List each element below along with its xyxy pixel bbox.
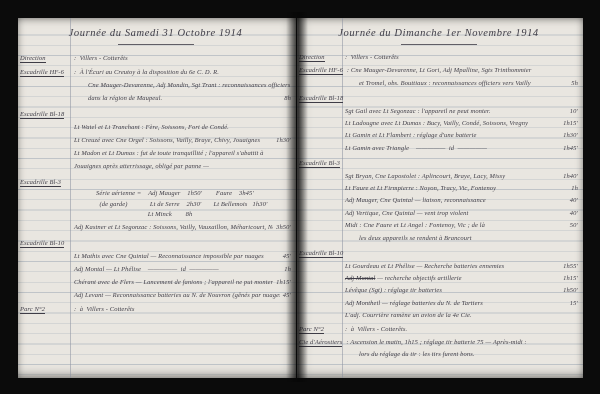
- journal-row: Sgt Gail avec Lt Segonzac : l'appareil n…: [299, 106, 578, 118]
- journal-row: Sgt Bryan, Cne Lapostolet : Aplincourt, …: [299, 171, 578, 183]
- journal-row: (de garde) Lt de Serre 2h30' Lt Bellemoi…: [20, 200, 291, 211]
- flight-duration: 40': [567, 195, 578, 207]
- flight-duration: 1h15': [273, 276, 291, 289]
- flight-duration: 10': [567, 106, 578, 118]
- journal-row: Série aérienne = Adj Mauger 1h50' Faure …: [20, 189, 291, 200]
- struck-text: Adj Montal: [345, 275, 375, 282]
- journal-row: et Tromel, obs. Bouttiaux : reconnaissan…: [299, 78, 578, 90]
- section-label-cell: Escadrille Bl-10: [20, 237, 70, 250]
- flight-duration: 1h15': [560, 118, 578, 130]
- entry-text: : à Villers - Cotterêts: [70, 303, 291, 316]
- section-label: Escadrille Bl-10: [299, 250, 343, 258]
- flight-duration: 1h55': [560, 261, 578, 273]
- scanned-journal: Journée du Samedi 31 Octobre 1914 Direct…: [0, 0, 600, 394]
- section-label: Cie d'Aérostiers: [299, 339, 342, 347]
- entry-text: Lt Gourdeau et Lt Phélise — Recherche ba…: [341, 261, 560, 273]
- journal-row: Escadrille Bl-10: [20, 237, 291, 250]
- entry-text: : Villers - Cotterêts: [341, 52, 578, 64]
- entry-text: : Cne Mauger-Devarenne, Lt Gori, Adj Mpa…: [343, 65, 578, 77]
- section-label-cell: Escadrille HF-6: [20, 66, 70, 79]
- title-block: Journée du Dimanche 1er Novembre 1914: [299, 26, 578, 45]
- section-label-cell: Escadrille Bl-3: [20, 176, 70, 189]
- journal-row: Adj Mauger, Cne Quintal — liaison, recon…: [299, 195, 578, 207]
- entry-text: Lt Watel et Lt Tranchant : Fère, Soisson…: [70, 121, 291, 134]
- flight-duration: 1h40': [560, 171, 578, 183]
- entry-text: Lévêque (Sgt) : réglage tir batteries: [341, 285, 560, 297]
- entry-text: Lt Minck 8h: [70, 210, 291, 221]
- title-block: Journée du Samedi 31 Octobre 1914: [20, 26, 291, 45]
- title-underline: [118, 44, 194, 45]
- flight-duration: 8h: [281, 92, 291, 105]
- journal-row: Cne Mauger-Devarenne, Adj Mondin, Sgt Tr…: [20, 79, 291, 92]
- section-label-cell: Cie d'Aérostiers: [299, 337, 342, 349]
- section-label-cell: Parc N°2: [20, 303, 70, 316]
- journal-row: Lt Madon et Lt Dumas : fut de toute tran…: [20, 147, 291, 160]
- page-content: Journée du Dimanche 1er Novembre 1914 Di…: [299, 26, 578, 376]
- journal-row: Escadrille Bl-3: [20, 176, 291, 189]
- entry-text: les deux appareils se rendent à Brancour…: [341, 233, 578, 245]
- section-label-cell: Direction: [299, 52, 341, 64]
- entry-text: Lt Ladougne avec Lt Dumas : Bucy, Vailly…: [341, 118, 560, 130]
- section-label: Escadrille Bl-18: [20, 111, 64, 119]
- title-underline: [401, 44, 477, 45]
- entry-text: Adj Montal — Lt Phélise ————— id —————: [70, 263, 281, 276]
- section-label: Parc N°2: [20, 306, 45, 314]
- journal-row: Lt Ladougne avec Lt Dumas : Bucy, Vailly…: [299, 118, 578, 130]
- entry-text: Lt Faure et Lt Firmpierre : Noyon, Tracy…: [341, 183, 568, 195]
- journal-row: dans la région de Maupeul.8h: [20, 92, 291, 105]
- entry-text: Lt Mathis avec Cne Quintal — Reconnaissa…: [70, 250, 280, 263]
- journal-row: Escadrille Bl-18: [299, 93, 578, 105]
- journal-row: Lt Minck 8h: [20, 210, 291, 221]
- entry-text: Adj Levant — Reconnaissance batteries au…: [70, 289, 280, 302]
- journal-row: Lévêque (Sgt) : réglage tir batteries1h5…: [299, 285, 578, 297]
- flight-duration: 15': [567, 298, 578, 310]
- entry-text: : À l'Écuri au Creutoy à la disposition …: [70, 66, 291, 79]
- entry-text: Série aérienne = Adj Mauger 1h50' Faure …: [70, 189, 291, 200]
- entry-text: Lt Creuzé avec Cne Orgel : Soissons, Vai…: [70, 134, 273, 147]
- entry-text: : Villers - Cotterêts: [70, 52, 291, 65]
- journal-row: Escadrille Bl-3: [299, 158, 578, 170]
- section-label: Direction: [299, 54, 325, 62]
- flight-duration: 3h50': [273, 221, 291, 234]
- entry-text: Sgt Bryan, Cne Lapostolet : Aplincourt, …: [341, 171, 560, 183]
- section-label-cell: Escadrille Bl-3: [299, 158, 341, 170]
- entry-text: Midi : Cne Faure et Lt Angel : Fontenoy,…: [341, 220, 567, 232]
- entry-text: Adj Kastner et Lt Segonzac : Soissons, V…: [70, 221, 273, 234]
- flight-duration: 1h15': [560, 273, 578, 285]
- entry-text: Chérant avec de Flers — Lancement de fan…: [70, 276, 273, 289]
- flight-duration: 1h45': [560, 143, 578, 155]
- section-label: Escadrille Bl-3: [20, 179, 61, 187]
- section-label: Escadrille Bl-3: [299, 160, 340, 168]
- section-label-cell: Escadrille Bl-18: [20, 108, 70, 121]
- entry-text: L'adj. Courrière ramène un avion de la 4…: [341, 310, 578, 322]
- entry-text: dans la région de Maupeul.: [70, 92, 281, 105]
- entry-text: Lt Gamin et Lt Flambert : réglage d'une …: [341, 130, 560, 142]
- flight-duration: 1h: [281, 263, 291, 276]
- section-label: Escadrille Bl-18: [299, 95, 343, 103]
- journal-row: Escadrille Bl-10: [299, 248, 578, 260]
- journal-row: Lt Creuzé avec Cne Orgel : Soissons, Vai…: [20, 134, 291, 147]
- journal-row: Adj Montheil — réglage batteries du N. d…: [299, 298, 578, 310]
- journal-row: Parc N°2: à Villers - Cotterêts: [20, 303, 291, 316]
- entry-text: Lt Madon et Lt Dumas : fut de toute tran…: [70, 147, 291, 160]
- entry-text: : Ascension le matin, 1h15 ; réglage tir…: [342, 337, 578, 349]
- journal-row: Parc N°2: à Villers - Cotterêts.: [299, 324, 578, 336]
- journal-row: Direction: Villers - Cotterêts: [299, 52, 578, 64]
- journal-row: Lt Faure et Lt Firmpierre : Noyon, Tracy…: [299, 183, 578, 195]
- journal-page-left: Journée du Samedi 31 Octobre 1914 Direct…: [18, 18, 296, 378]
- journal-row: lors du réglage du tir : les tirs furent…: [299, 349, 578, 361]
- journal-row: Lt Gourdeau et Lt Phélise — Recherche ba…: [299, 261, 578, 273]
- journal-row: Chérant avec de Flers — Lancement de fan…: [20, 276, 291, 289]
- journal-row: Adj Kastner et Lt Segonzac : Soissons, V…: [20, 221, 291, 234]
- entry-text: : à Villers - Cotterêts.: [341, 324, 578, 336]
- section-label-cell: Escadrille Bl-10: [299, 248, 343, 260]
- entry-text: Adj Mauger, Cne Quintal — liaison, recon…: [341, 195, 567, 207]
- journal-row: L'adj. Courrière ramène un avion de la 4…: [299, 310, 578, 322]
- journal-row: Adj Montal — recherche objectifs artille…: [299, 273, 578, 285]
- journal-row: Lt Mathis avec Cne Quintal — Reconnaissa…: [20, 250, 291, 263]
- section-label-cell: Direction: [20, 52, 70, 65]
- section-label-cell: Parc N°2: [299, 324, 341, 336]
- journal-row: Adj Vertique, Cne Quintal — vent trop vi…: [299, 208, 578, 220]
- flight-duration: 1h30': [560, 130, 578, 142]
- journal-row: Adj Levant — Reconnaissance batteries au…: [20, 289, 291, 302]
- flight-duration: 40': [567, 208, 578, 220]
- flight-duration: 1h30': [273, 134, 291, 147]
- journal-row: Adj Montal — Lt Phélise ————— id —————1h: [20, 263, 291, 276]
- page-title: Journée du Samedi 31 Octobre 1914: [20, 26, 291, 41]
- entry-text: Cne Mauger-Devarenne, Adj Mondin, Sgt Tr…: [70, 79, 291, 92]
- section-label-cell: Escadrille Bl-18: [299, 93, 343, 105]
- journal-row: Escadrille Bl-18: [20, 108, 291, 121]
- section-label: Direction: [20, 55, 46, 63]
- entry-text: Adj Vertique, Cne Quintal — vent trop vi…: [341, 208, 567, 220]
- section-label-cell: Escadrille HF-6: [299, 65, 343, 77]
- journal-page-right: Journée du Dimanche 1er Novembre 1914 Di…: [297, 18, 583, 378]
- flight-duration: 1h: [568, 183, 578, 195]
- section-label: Escadrille HF-6: [20, 69, 64, 77]
- journal-row: les deux appareils se rendent à Brancour…: [299, 233, 578, 245]
- journal-row: Direction: Villers - Cotterêts: [20, 52, 291, 65]
- journal-row: Lt Watel et Lt Tranchant : Fère, Soisson…: [20, 121, 291, 134]
- journal-row: Escadrille HF-6: Cne Mauger-Devarenne, L…: [299, 65, 578, 77]
- page-content: Journée du Samedi 31 Octobre 1914 Direct…: [20, 26, 291, 376]
- flight-duration: 45': [280, 289, 291, 302]
- entry-text: Adj Montal — recherche objectifs artille…: [341, 273, 560, 285]
- section-label: Parc N°2: [299, 326, 324, 334]
- entry-text: Jouaignes après atterrissage, obligé par…: [70, 160, 291, 173]
- section-label: Escadrille Bl-10: [20, 240, 64, 248]
- flight-duration: 5h: [568, 78, 578, 90]
- journal-row: Escadrille HF-6: À l'Écuri au Creutoy à …: [20, 66, 291, 79]
- journal-row: Lt Gamin et Lt Flambert : réglage d'une …: [299, 130, 578, 142]
- entry-text: Lt Gamin avec Triangle ————— id —————: [341, 143, 560, 155]
- journal-row: Jouaignes après atterrissage, obligé par…: [20, 160, 291, 173]
- entry-text: Adj Montheil — réglage batteries du N. d…: [341, 298, 567, 310]
- flight-duration: 45': [280, 250, 291, 263]
- entry-text: Sgt Gail avec Lt Segonzac : l'appareil n…: [341, 106, 567, 118]
- journal-row: Cie d'Aérostiers: Ascension le matin, 1h…: [299, 337, 578, 349]
- journal-row: Lt Gamin avec Triangle ————— id —————1h4…: [299, 143, 578, 155]
- page-title: Journée du Dimanche 1er Novembre 1914: [299, 26, 578, 41]
- journal-rows: Direction: Villers - CotterêtsEscadrille…: [20, 52, 291, 316]
- flight-duration: 50': [567, 220, 578, 232]
- flight-duration: 1h50': [560, 285, 578, 297]
- entry-text: et Tromel, obs. Bouttiaux : reconnaissan…: [341, 78, 568, 90]
- journal-rows: Direction: Villers - CotterêtsEscadrille…: [299, 52, 578, 362]
- journal-row: Midi : Cne Faure et Lt Angel : Fontenoy,…: [299, 220, 578, 232]
- section-label: Escadrille HF-6: [299, 67, 343, 75]
- entry-text: (de garde) Lt de Serre 2h30' Lt Bellemoi…: [70, 200, 291, 211]
- entry-text: lors du réglage du tir : les tirs furent…: [341, 349, 578, 361]
